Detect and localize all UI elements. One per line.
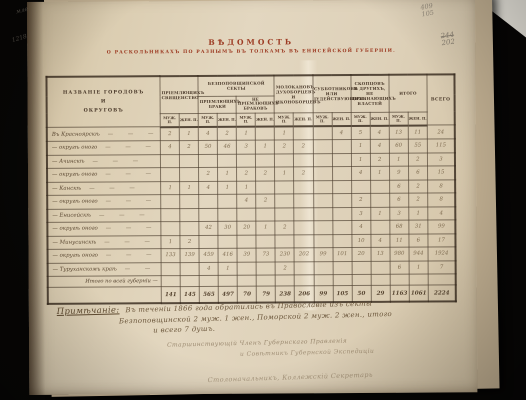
row-label: Въ Красноярскѣ [52,131,100,137]
row-label-header-line: НАЗВАНІЕ ГОРОДОВЪ [48,88,160,98]
value-cell [275,153,294,167]
value-cell: 2 [256,167,275,181]
value-cell [161,195,180,209]
row-label-cell: — округѣ оного— — — [47,222,161,236]
value-cell [313,221,332,235]
value-cell: 1 [161,181,180,195]
value-cell: 46 [218,140,237,154]
value-cell: 1 [237,181,256,195]
value-cell [256,208,275,222]
value-cell: 139 [180,249,199,263]
value-cell [313,153,332,167]
empty-cell [256,275,275,286]
pencil-mark-top-right-b: 244 202 [440,32,455,48]
row-label: — Минусинскѣ [52,239,96,245]
sex-column-header: Муж. п. [160,113,179,127]
sex-column-header: Муж. п. [351,112,370,126]
sex-column-header: Жен. п. [408,112,427,126]
value-cell: 6 [390,261,409,275]
value-cell: 1 [409,261,428,275]
value-cell: 4 [351,220,370,234]
value-cell [161,168,180,182]
value-cell: 1 [351,153,370,167]
value-cell: 31 [409,220,428,234]
row-label-dashes: — — — [96,239,150,245]
sex-column-header: Жен. п. [332,112,351,126]
row-label-header-line: ОКРУГОВЪ [48,106,160,116]
value-cell [371,261,390,275]
value-cell [180,208,199,222]
value-cell [218,235,237,249]
value-cell [332,194,351,208]
value-cell [332,221,351,235]
value-cell [199,194,218,208]
value-cell: 459 [199,248,218,262]
value-cell: 5 [351,125,370,139]
column-subgroup-header: Пріемлющихъ браки [198,96,236,113]
empty-cell [333,275,352,286]
empty-cell [295,275,314,286]
empty-cell [428,274,456,285]
total-value-cell: 565 [199,286,218,303]
sex-column-header: Муж. п. [198,113,217,127]
grand-total-header: Всего [427,74,455,125]
value-cell: 2 [256,194,275,208]
raskolniki-statistics-table: НАЗВАНІЕ ГОРОДОВЪиОКРУГОВЪПріемлющихъ св… [45,73,456,305]
value-cell: 1 [218,262,237,276]
row-label-dashes: — — — [98,253,152,259]
row-label-cell: — Туруханскомъ краѣ— — — [48,262,162,276]
value-cell: 944 [409,247,428,261]
value-cell [314,261,333,275]
value-cell: 416 [218,248,237,262]
sex-column-header: Жен. п. [179,113,198,127]
value-cell [199,154,218,168]
value-cell [218,208,237,222]
value-cell: 68 [390,220,409,234]
column-group-header: Безпоповщинской секты [198,75,274,95]
value-cell: 1 [218,167,237,181]
value-cell [371,220,390,234]
value-cell [218,154,237,168]
value-cell: 6 [408,166,427,180]
value-cell: 2 [237,167,256,181]
sex-column-header: Жен. п. [217,113,236,127]
value-cell [160,154,179,168]
value-cell [352,261,371,275]
value-cell [275,194,294,208]
value-cell: 101 [333,248,352,262]
value-cell [313,126,332,140]
sex-column-header: Жен. п. [370,112,389,126]
value-cell: 6 [409,234,428,248]
value-cell: 4 [428,206,456,220]
value-cell [256,235,275,249]
row-label-dashes: — — — [97,145,151,151]
value-cell [237,262,256,276]
total-value-cell: 141 [161,287,180,304]
total-row-label: Итого по всей губерніи — [48,276,162,288]
empty-cell [161,276,180,287]
document-page: 409 105 244 202 ВѢДОМОСТЬ О РАСКОЛЬНИКАХ… [27,0,477,395]
value-cell [256,181,275,195]
value-cell: 2 [408,180,427,194]
value-cell: 99 [314,248,333,262]
value-cell: 2 [370,153,389,167]
value-cell: 1 [370,207,389,221]
value-cell: 11 [390,234,409,248]
value-cell: 13 [371,247,390,261]
value-cell: 10 [352,234,371,248]
value-cell [294,221,313,235]
value-cell [161,222,180,236]
value-cell [256,126,275,140]
column-subgroup-header: Не пріемлющихъ браковъ [236,95,274,112]
row-label-cell: — округѣ оного— — — [47,195,161,209]
title-block: ВѢДОМОСТЬ О РАСКОЛЬНИКАХЪ ПО РАЗНЫМЪ ВЪ … [27,36,475,56]
value-cell [218,194,237,208]
row-label-dashes: — — — [98,226,152,232]
row-label: — Енисейскѣ [52,212,91,218]
value-cell: 1 [409,207,428,221]
value-cell: 4 [370,139,389,153]
value-cell [180,222,199,236]
value-cell: 4 [332,126,351,140]
value-cell [199,208,218,222]
sex-column-header: Жен. п. [294,112,313,126]
value-cell: 1 [179,127,198,141]
empty-cell [276,275,295,286]
value-cell: 202 [294,248,313,262]
value-cell [161,208,180,222]
value-cell [313,234,332,248]
value-cell: 39 [237,248,256,262]
value-cell [275,180,294,194]
value-cell [313,207,332,221]
column-group-header: Молокановъ, Духоборцевъ и Иконоборцевъ [274,75,312,112]
empty-cell [371,274,390,285]
page-title: ВѢДОМОСТЬ [27,36,475,48]
value-cell: 42 [199,221,218,235]
value-cell: 3 [351,207,370,221]
value-cell [332,207,351,221]
value-cell: 2 [408,153,427,167]
value-cell: 4 [237,194,256,208]
value-cell: 4 [371,234,390,248]
value-cell [332,153,351,167]
value-cell: 1 [218,181,237,195]
row-label-cell: — округѣ оного— — — [48,249,162,263]
value-cell: 4 [370,125,389,139]
binding-gutter-shadow [27,2,45,395]
value-cell [313,167,332,181]
value-cell: 980 [390,247,409,261]
value-cell: 2 [275,261,294,275]
sex-column-header: Муж. п. [313,112,332,126]
pencil-mark-top-left-lower: 1218 [11,34,27,44]
value-cell [180,262,199,276]
value-cell: 20 [352,247,371,261]
row-label: — Канскѣ [52,185,81,191]
value-cell [351,180,370,194]
value-cell: 99 [428,220,456,234]
column-group-header: Субботниковъ или Іудействующихъ [312,75,350,112]
value-cell [313,140,332,154]
value-cell: 9 [389,166,408,180]
row-label: — Ачинскѣ [52,158,85,164]
value-cell: 1 [389,153,408,167]
value-cell: 2 [180,235,199,249]
value-cell [294,234,313,248]
sex-column-header: Муж. п. [275,112,294,126]
value-cell: 1 [370,166,389,180]
value-cell: 3 [427,152,455,166]
note-label: Примѣчаніе: [57,305,120,317]
value-cell: 15 [428,166,456,180]
row-label-dashes: — — — [97,172,151,178]
value-cell: 1 [256,221,275,235]
empty-cell [314,275,333,286]
value-cell [161,262,180,276]
value-cell [180,168,199,182]
row-label-dashes: — — — [117,266,161,272]
value-cell: 11 [408,125,427,139]
pencil-number: 105 [421,9,434,18]
row-label-dashes: — — — [85,158,139,164]
signature-line-3: Столоначальникъ, Коллежскій Секретарь [125,368,455,387]
value-cell: 4 [198,126,217,140]
value-cell [332,140,351,154]
value-cell: 1 [161,235,180,249]
row-label-cell: Въ Красноярскѣ— — — [47,127,161,142]
value-cell [370,193,389,207]
row-label-dashes: — — — [91,212,145,218]
row-label: — округѣ оного [52,199,97,205]
value-cell [294,194,313,208]
value-cell [294,126,313,140]
value-cell: 3 [237,140,256,154]
value-cell: 50 [198,140,217,154]
column-group-header: Скопцовъ и другихъ, не признающихъ власт… [351,75,389,112]
value-cell [295,261,314,275]
value-cell [256,262,275,276]
row-label: — округѣ оного [52,226,97,232]
total-value-cell: 145 [180,287,199,304]
value-cell: 7 [428,260,456,274]
empty-label-cell [48,287,162,304]
value-cell [332,180,351,194]
pencil-mark-top-right-a: 409 105 [420,3,434,18]
row-label: — округѣ оного [52,145,97,151]
row-label-cell: — Минусинскѣ— — — [47,235,161,249]
value-cell [237,235,256,249]
value-cell [179,154,198,168]
value-cell: 1 [237,126,256,140]
row-label: — округѣ оного [52,172,97,178]
empty-cell [390,274,409,285]
value-cell: 60 [389,139,408,153]
value-cell: 1 [351,139,370,153]
value-cell [199,235,218,249]
empty-cell [352,274,371,285]
value-cell: 1 [275,167,294,181]
value-cell [294,207,313,221]
value-cell: 1 [256,140,275,154]
value-cell: 24 [427,125,455,139]
value-cell [237,208,256,222]
column-group-header: ИТОГО [389,75,427,112]
value-cell [370,180,389,194]
value-cell: 4 [160,141,179,155]
value-cell [332,167,351,181]
sex-column-header: Муж. п. [389,112,408,126]
value-cell: 6 [389,180,408,194]
value-cell: 2 [408,193,427,207]
row-label: — округѣ оного [53,253,98,259]
empty-cell [180,276,199,287]
value-cell: 2 [351,193,370,207]
row-label-cell: — Ачинскѣ— — — [47,154,161,168]
value-cell: 13 [389,125,408,139]
value-cell: 230 [275,248,294,262]
value-cell [237,154,256,168]
value-cell: 8 [428,193,456,207]
row-label-dashes: — — — [98,199,152,205]
empty-cell [199,275,218,286]
value-cell [256,154,275,168]
value-cell: 73 [256,248,275,262]
row-label-cell: — Енисейскѣ— — — [47,208,161,222]
value-cell: 133 [161,249,180,263]
value-cell: 2 [160,127,179,141]
row-label-dashes: — — — [100,131,154,137]
row-label-header: НАЗВАНІЕ ГОРОДОВЪиОКРУГОВЪ [46,76,160,127]
value-cell: 8 [428,179,456,193]
value-cell: 4 [199,262,218,276]
row-label-cell: — Канскѣ— — — [47,181,161,195]
value-cell: 2 [275,140,294,154]
value-cell [333,261,352,275]
value-cell [332,234,351,248]
value-cell [180,195,199,209]
value-cell [275,234,294,248]
value-cell: 2 [294,140,313,154]
empty-cell [218,275,237,286]
value-cell: 30 [218,221,237,235]
value-cell [313,194,332,208]
value-cell [313,180,332,194]
value-cell: 17 [428,233,456,247]
page-subtitle: О РАСКОЛЬНИКАХЪ ПО РАЗНЫМЪ ВЪ ТОЛКАМЪ ВЪ… [27,48,475,56]
archive-photo-background: мле 1218 409 105 244 202 ВѢДОМОСТЬ О РАС… [0,0,526,400]
value-cell: 2 [199,167,218,181]
value-cell: 1924 [428,247,456,261]
column-group-header: Пріемлющихъ священство [160,76,198,113]
row-label-dashes: — — — [81,185,135,191]
value-cell [294,153,313,167]
value-cell: 3 [390,207,409,221]
value-cell: 4 [199,181,218,195]
value-cell: 1 [275,126,294,140]
value-cell: 20 [237,221,256,235]
value-cell [294,180,313,194]
value-cell: 1 [180,181,199,195]
value-cell: 2 [179,141,198,155]
row-label: — Туруханскомъ краѣ [53,266,117,272]
empty-cell [409,274,428,285]
value-cell: 2 [217,126,236,140]
value-cell: 55 [408,139,427,153]
row-label-cell: — округѣ оного— — — [47,141,161,155]
empty-cell [237,275,256,286]
row-label-cell: — округѣ оного— — — [47,168,161,182]
value-cell: 6 [389,193,408,207]
value-cell: 115 [427,139,455,153]
value-cell: 4 [351,166,370,180]
sex-column-header: Муж. п. [236,113,255,127]
sex-column-header: Жен. п. [255,113,274,127]
value-cell: 2 [275,221,294,235]
value-cell: 2 [294,167,313,181]
value-cell [275,207,294,221]
